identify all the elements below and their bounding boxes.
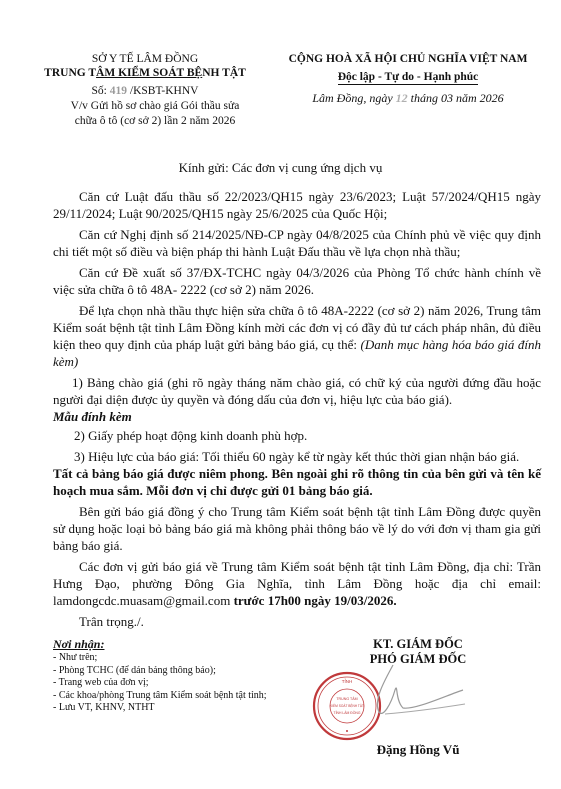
org-prefix: TRUNG T bbox=[44, 67, 96, 79]
nation-block: CỘNG HOÀ XÃ HỘI CHỦ NGHĨA VIỆT NAM Độc l… bbox=[272, 52, 544, 106]
place-date-prefix: Lâm Đồng, ngày bbox=[312, 91, 392, 105]
organization-name: TRUNG TÂM KIỂM SOÁT BỆNH TẬT bbox=[20, 67, 270, 79]
recipient-item: - Như trên; bbox=[53, 652, 333, 665]
date-day: 12 bbox=[396, 91, 408, 105]
document-body: Căn cứ Luật đấu thầu số 22/2023/QH15 ngà… bbox=[53, 188, 541, 634]
recipient-item: - Lưu VT, KHNV, NTHT bbox=[53, 702, 333, 715]
recipient-item: - Các khoa/phòng Trung tâm Kiểm soát bện… bbox=[53, 690, 333, 703]
closing: Trân trọng./. bbox=[53, 613, 541, 630]
item-1-text: 1) Bảng chào giá (ghi rõ ngày tháng năm … bbox=[53, 375, 541, 407]
paragraph-rights: Bên gửi báo giá đồng ý cho Trung tâm Kiể… bbox=[53, 503, 541, 555]
paragraph-submission: Các đơn vị gửi báo giá về Trung tâm Kiểm… bbox=[53, 558, 541, 610]
submission-text: Các đơn vị gửi báo giá về Trung tâm Kiểm… bbox=[53, 559, 541, 591]
place-date: Lâm Đồng, ngày 12 tháng 03 năm 2026 bbox=[272, 91, 544, 106]
doc-number-label: Số: bbox=[92, 85, 107, 97]
document-number: Số: 419 /KSBT-KHNV bbox=[20, 84, 270, 99]
stamp-line-1: TRUNG TÂM bbox=[336, 697, 357, 701]
motto: Độc lập - Tự do - Hạnh phúc bbox=[338, 70, 479, 85]
stamp-line-3: TỈNH LÂM ĐỒNG bbox=[334, 710, 361, 715]
paragraph-legal-basis-3: Căn cứ Đề xuất số 37/ĐX-TCHC ngày 04/3/2… bbox=[53, 264, 541, 298]
submission-deadline: trước 17h00 ngày 19/03/2026. bbox=[230, 593, 396, 608]
doc-number-value: 419 bbox=[110, 85, 127, 97]
paragraph-legal-basis-2: Căn cứ Nghị định số 214/2025/NĐ-CP ngày … bbox=[53, 226, 541, 260]
department-name: SỞ Y TẾ LÂM ĐỒNG bbox=[20, 52, 270, 67]
item-1-attachment: Mẫu đính kèm bbox=[34, 408, 132, 425]
subject-line-1: V/v Gửi hồ sơ chào giá Gói thầu sửa bbox=[20, 99, 270, 114]
paragraph-invitation: Để lựa chọn nhà thầu thực hiện sửa chữa … bbox=[53, 302, 541, 371]
requirement-item-2: 2) Giấy phép hoạt động kinh doanh phù hợ… bbox=[53, 427, 541, 444]
addressee-line: Kính gửi: Các đơn vị cung ứng dịch vụ bbox=[0, 160, 561, 176]
requirement-item-3: 3) Hiệu lực của báo giá: Tối thiểu 60 ng… bbox=[53, 448, 541, 465]
recipient-item: - Trang web của đơn vị; bbox=[53, 677, 333, 690]
place-date-suffix: tháng 03 năm 2026 bbox=[411, 91, 504, 105]
subject-line-2: chữa ô tô (cơ sở 2) lần 2 năm 2026 bbox=[20, 114, 270, 129]
handwritten-signature-icon bbox=[365, 660, 475, 720]
signer-name: Đặng Hồng Vũ bbox=[330, 742, 506, 758]
recipient-item: - Phòng TCHC (để dán bảng thông báo); bbox=[53, 665, 333, 678]
stamp-line-2: KIỂM SOÁT BỆNH TẬT bbox=[330, 703, 364, 708]
recipients-title: Nơi nhận: bbox=[53, 637, 333, 652]
recipients-block: Nơi nhận: - Như trên; - Phòng TCHC (để d… bbox=[53, 637, 333, 715]
org-underlined: ÂM KIỂM SOÁT BỆ bbox=[96, 67, 202, 79]
stamp-top-text: TỈNH bbox=[342, 678, 353, 684]
email-link[interactable]: lamdongcdc.muasam@gmail.com bbox=[53, 593, 230, 608]
nation-title: CỘNG HOÀ XÃ HỘI CHỦ NGHĨA VIỆT NAM bbox=[272, 52, 544, 67]
sealing-note: Tất cả bảng báo giá được niêm phong. Bên… bbox=[53, 465, 541, 499]
doc-code: /KSBT-KHNV bbox=[130, 85, 199, 97]
paragraph-legal-basis-1: Căn cứ Luật đấu thầu số 22/2023/QH15 ngà… bbox=[53, 188, 541, 222]
signature-role-1: KT. GIÁM ĐỐC bbox=[330, 637, 506, 652]
requirement-item-1: 1) Bảng chào giá (ghi rõ ngày tháng năm … bbox=[53, 374, 541, 426]
issuer-block: SỞ Y TẾ LÂM ĐỒNG TRUNG TÂM KIỂM SOÁT BỆN… bbox=[20, 52, 270, 129]
org-suffix: NH TẬT bbox=[202, 67, 246, 79]
